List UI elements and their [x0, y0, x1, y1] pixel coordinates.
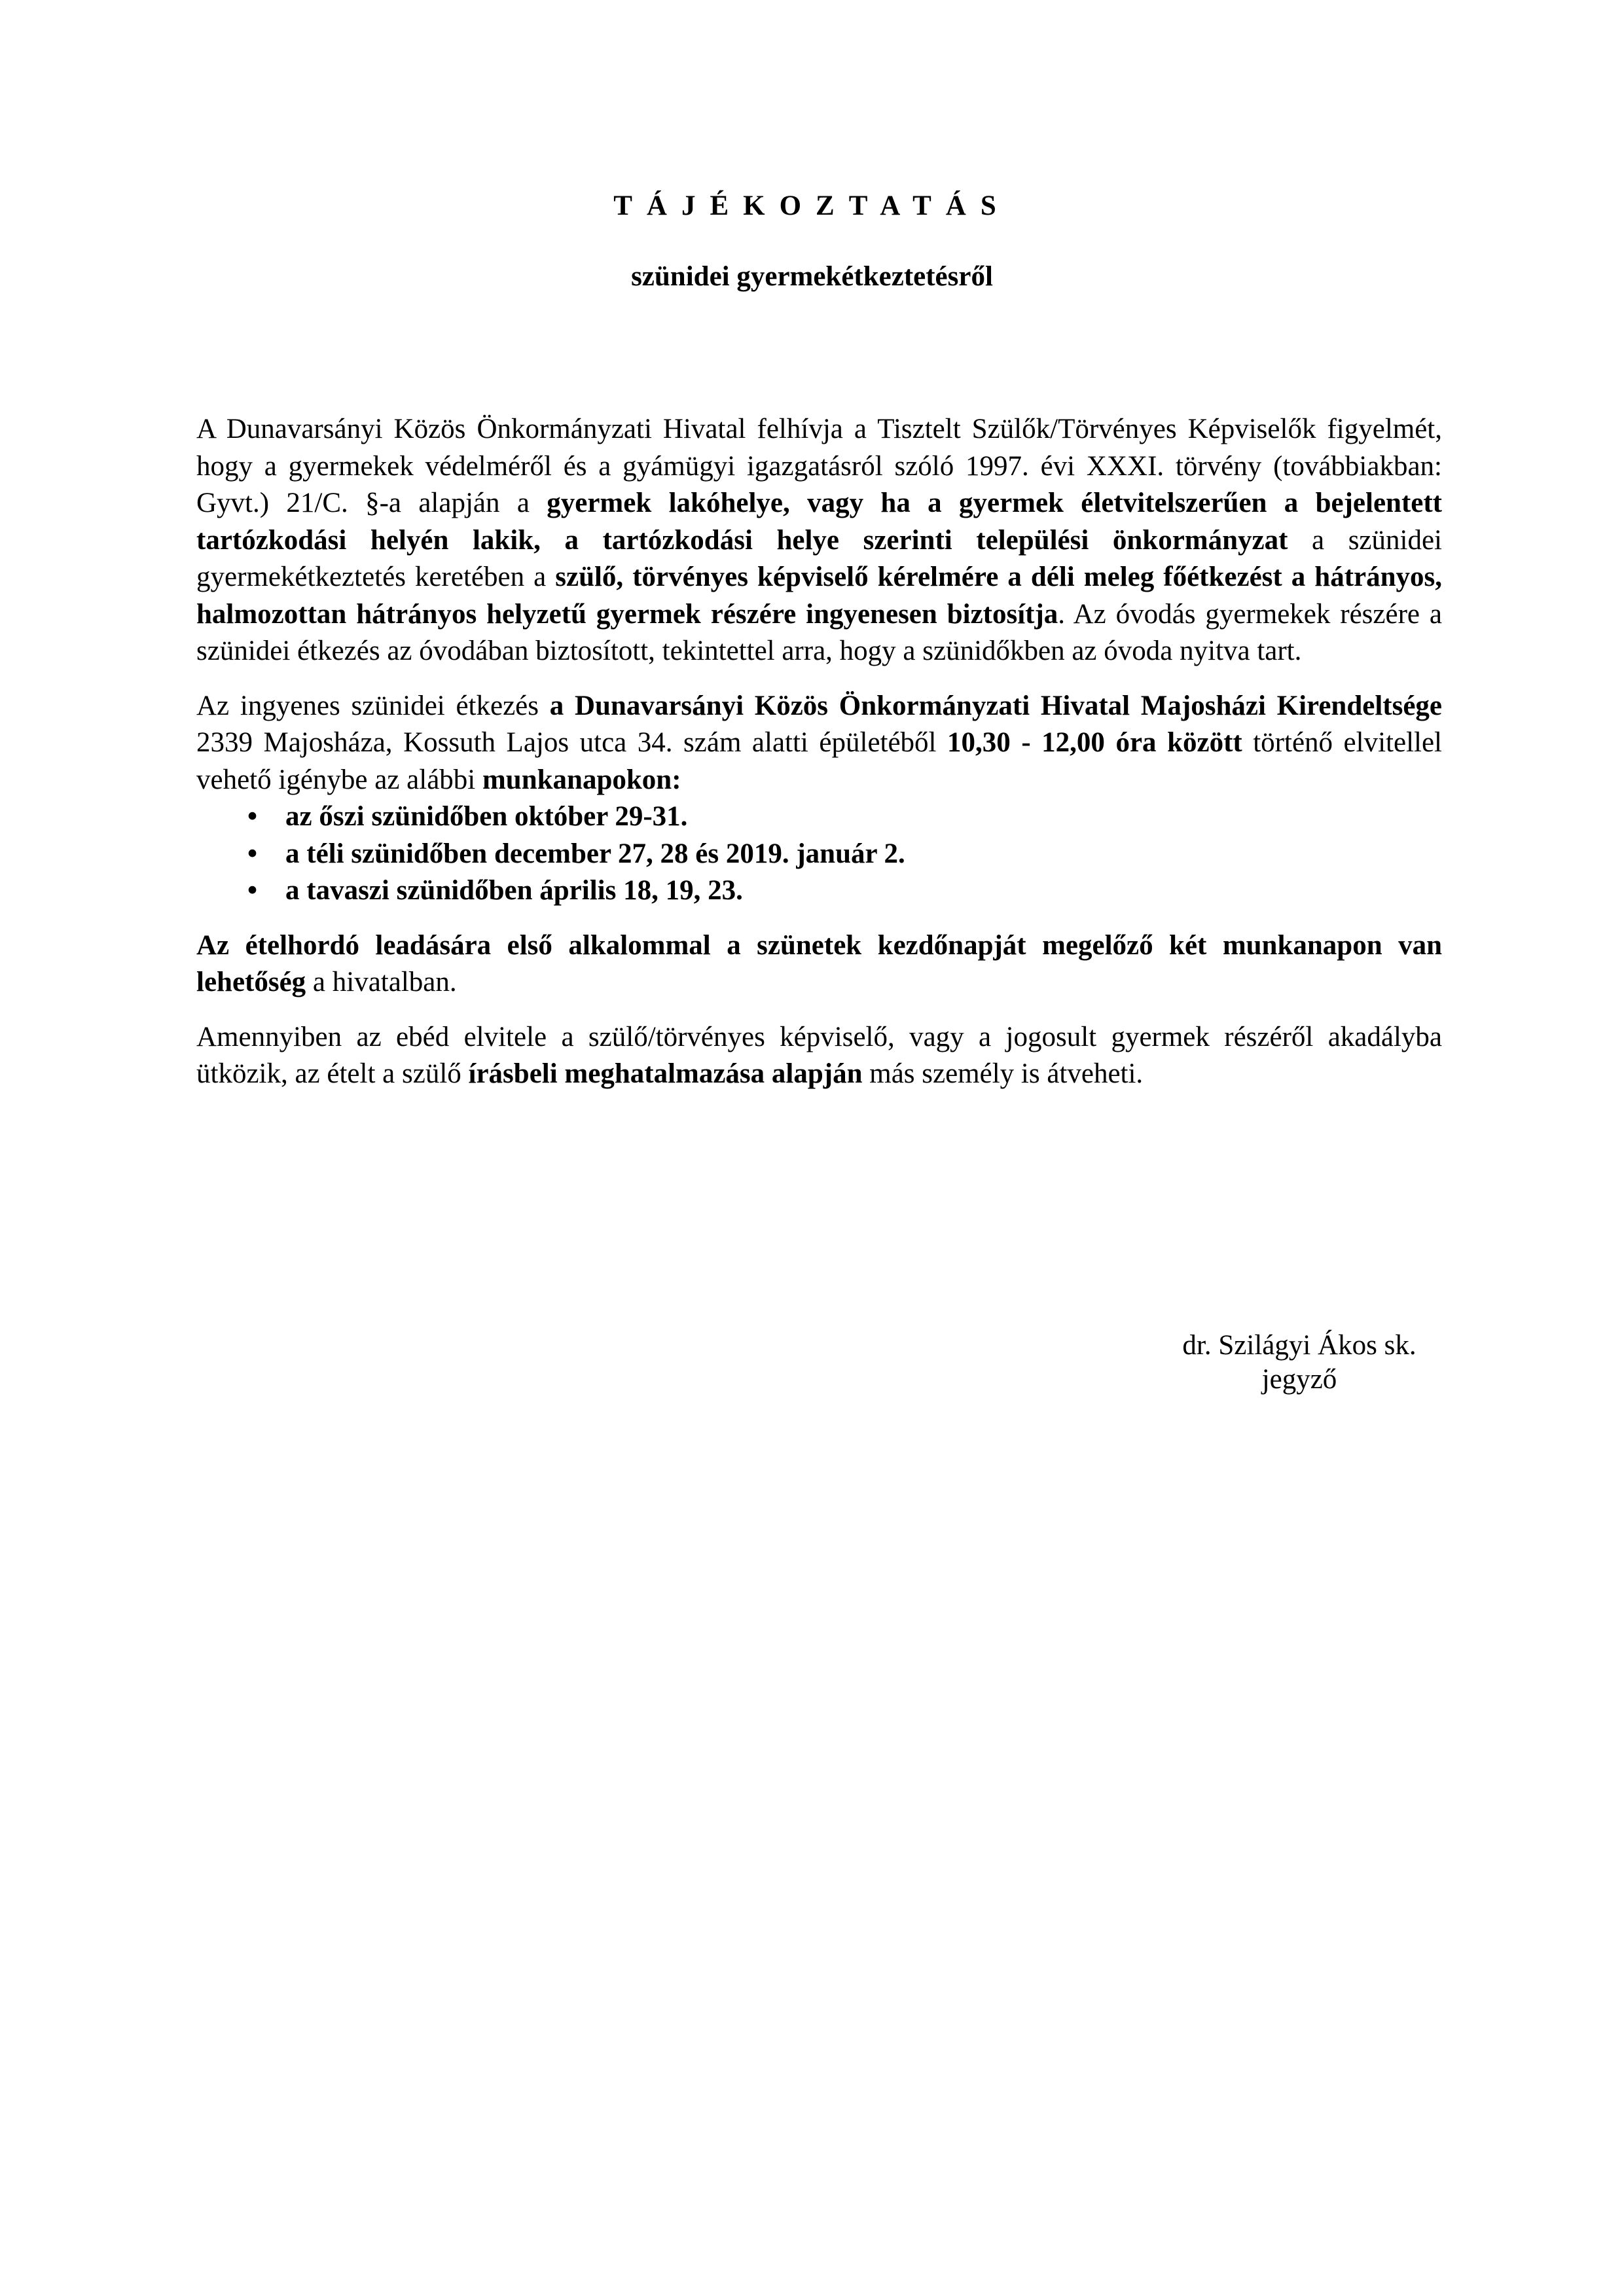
signature-block: dr. Szilágyi Ákos sk. jegyző [1139, 1329, 1460, 1397]
document-subtitle: szünidei gyermekétkeztetésről [0, 260, 1624, 293]
list-item: •a téli szünidőben december 27, 28 és 20… [196, 836, 1442, 873]
bullet-icon: • [247, 798, 257, 836]
dates-list: •az őszi szünidőben október 29-31. •a té… [196, 798, 1442, 910]
list-item: •a tavaszi szünidőben április 18, 19, 23… [196, 872, 1442, 910]
document-body: A Dunavarsányi Közös Önkormányzati Hivat… [196, 411, 1442, 1111]
signatory-name: dr. Szilágyi Ákos sk. [1139, 1329, 1460, 1363]
paragraph-pickup-info: Az ingyenes szünidei étkezés a Dunavarsá… [196, 688, 1442, 799]
paragraph-container-dropoff: Az ételhordó leadására első alkalommal a… [196, 927, 1442, 1001]
bullet-icon: • [247, 872, 257, 910]
signatory-role: jegyző [1139, 1363, 1460, 1397]
paragraph-authorization: Amennyiben az ebéd elvitele a szülő/törv… [196, 1019, 1442, 1093]
paragraph-legal-basis: A Dunavarsányi Közös Önkormányzati Hivat… [196, 411, 1442, 670]
document-title: TÁJÉKOZTATÁS [0, 190, 1624, 222]
bullet-icon: • [247, 836, 257, 873]
list-item: •az őszi szünidőben október 29-31. [196, 798, 1442, 836]
